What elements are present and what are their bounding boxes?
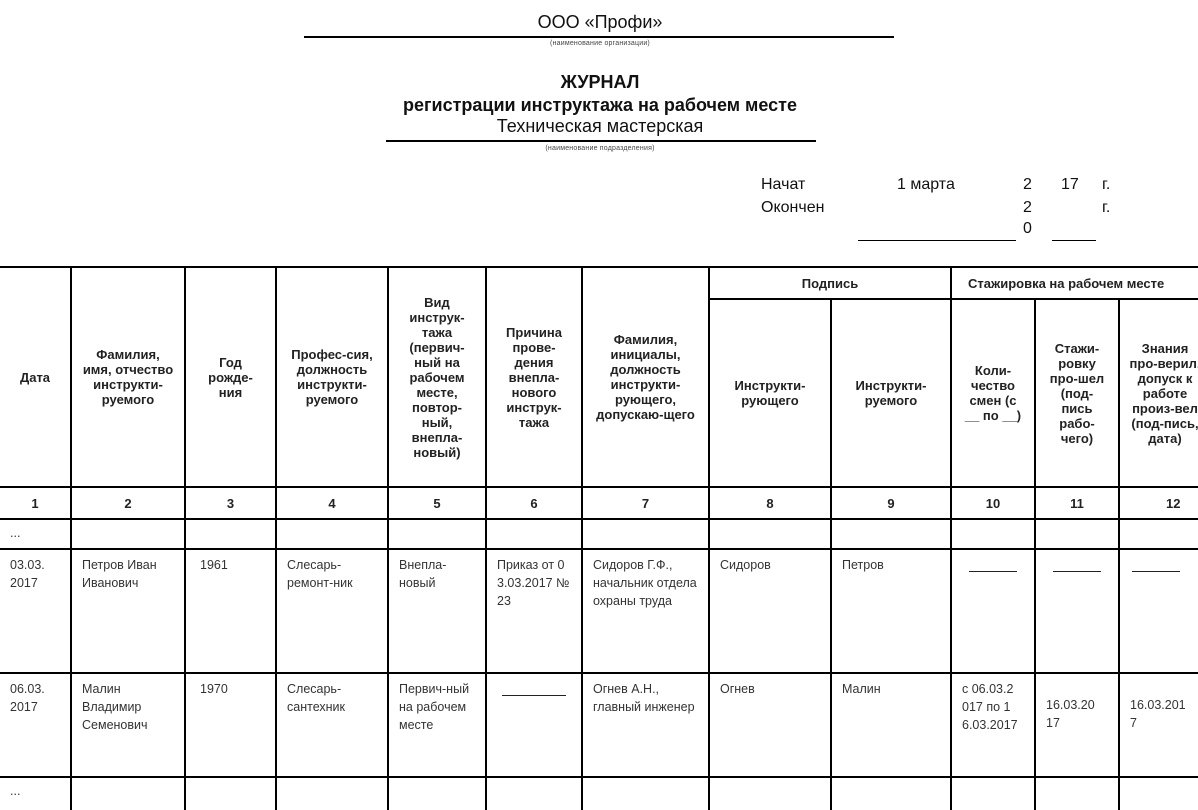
organization-caption: (наименование организации): [300, 40, 900, 47]
cell-profession: Слесарь-ремонт-ник: [276, 549, 388, 673]
col-header-instruction-type: Вид инструк-тажа (первич-ный на рабочем …: [388, 267, 486, 487]
organization-name: ООО «Профи»: [300, 12, 900, 33]
started-label: Начат: [761, 176, 805, 194]
cell-birth-year: 1970: [185, 673, 276, 777]
col-header-knowledge-checked: Знания про-верил, допуск к работе произ-…: [1119, 299, 1198, 487]
col-header-reason: Причина прове-дения внепла-нового инстру…: [486, 267, 582, 487]
col-number: 2: [71, 487, 185, 519]
cell-reason: Приказ от 03.03.2017 № 23: [486, 549, 582, 673]
ellipsis-cell: ...: [0, 777, 71, 810]
col-number: 10: [951, 487, 1035, 519]
ended-date-blank-line: [858, 240, 1016, 241]
col-number: 12: [1119, 487, 1198, 519]
col-header-full-name: Фамилия, имя, отчество инструкти-руемого: [71, 267, 185, 487]
col-number: 11: [1035, 487, 1119, 519]
cell-sign-instructor: Сидоров: [709, 549, 831, 673]
year-digit: 0: [1023, 220, 1032, 238]
col-number: 3: [185, 487, 276, 519]
started-date: 1 марта: [897, 176, 955, 194]
cell-date: 06.03. 2017: [0, 673, 71, 777]
table-row: 03.03. 2017 Петров Иван Иванович 1961 Сл…: [0, 549, 1198, 673]
col-header-profession: Профес-сия, должность инструкти-руемого: [276, 267, 388, 487]
journal-subtitle: регистрации инструктажа на рабочем месте: [300, 95, 900, 116]
col-number: 1: [0, 487, 71, 519]
col-header-date: Дата: [0, 267, 71, 487]
journal-title: ЖУРНАЛ: [300, 72, 900, 93]
cell-full-name: Петров Иван Иванович: [71, 549, 185, 673]
table-row-ellipsis: ...: [0, 777, 1198, 810]
cell-shifts-blank: [951, 549, 1035, 673]
col-number: 9: [831, 487, 951, 519]
cell-knowledge-checked-blank: [1119, 549, 1198, 673]
ellipsis-cell: ...: [0, 519, 71, 549]
cell-sign-instructed: Малин: [831, 673, 951, 777]
journal-table: Дата Фамилия, имя, отчество инструкти-ру…: [0, 266, 1198, 810]
cell-internship-passed: 16.03.2017: [1035, 673, 1119, 777]
col-header-sign-instructor: Инструкти-рующего: [709, 299, 831, 487]
ended-label: Окончен: [761, 199, 824, 217]
col-header-shifts: Коли-чество смен (с __ по __): [951, 299, 1035, 487]
table-row-ellipsis: ...: [0, 519, 1198, 549]
group-header-signature: Подпись: [709, 267, 951, 299]
department-underline: [386, 140, 816, 142]
table-row: 06.03. 2017 Малин Владимир Семенович 197…: [0, 673, 1198, 777]
col-header-sign-instructed: Инструкти-руемого: [831, 299, 951, 487]
cell-birth-year: 1961: [185, 549, 276, 673]
started-year-prefix: 2: [1023, 176, 1032, 194]
ended-year-blank-line: [1052, 240, 1096, 241]
col-header-internship-passed: Стажи-ровку про-шел (под-пись рабо-чего): [1035, 299, 1119, 487]
cell-instruction-type: Внепла-новый: [388, 549, 486, 673]
col-number: 4: [276, 487, 388, 519]
started-year-suffix: 17: [1061, 176, 1079, 194]
ended-year-prefix: 2: [1023, 199, 1032, 217]
col-number: 6: [486, 487, 582, 519]
cell-instructor: Сидоров Г.Ф., начальник отдела охраны тр…: [582, 549, 709, 673]
cell-sign-instructor: Огнев: [709, 673, 831, 777]
col-number: 8: [709, 487, 831, 519]
col-header-birth-year: Год рожде-ния: [185, 267, 276, 487]
ended-year-abbrev: г.: [1102, 199, 1110, 217]
col-number: 7: [582, 487, 709, 519]
started-year-abbrev: г.: [1102, 176, 1110, 194]
col-header-instructor: Фамилия, инициалы, должность инструкти-р…: [582, 267, 709, 487]
cell-internship-passed-blank: [1035, 549, 1119, 673]
cell-date: 03.03. 2017: [0, 549, 71, 673]
cell-shifts: с 06.03.2017 по 16.03.2017: [951, 673, 1035, 777]
cell-instruction-type: Первич-ный на рабочем месте: [388, 673, 486, 777]
col-number: 5: [388, 487, 486, 519]
organization-underline: [304, 36, 894, 38]
cell-reason-blank: [486, 673, 582, 777]
cell-instructor: Огнев А.Н., главный инженер: [582, 673, 709, 777]
cell-profession: Слесарь-сантехник: [276, 673, 388, 777]
cell-knowledge-checked: 16.03.2017: [1119, 673, 1198, 777]
group-header-internship: Стажировка на рабочем месте: [951, 267, 1198, 299]
department-caption: (наименование подразделения): [300, 145, 900, 152]
cell-sign-instructed: Петров: [831, 549, 951, 673]
cell-full-name: Малин Владимир Семенович: [71, 673, 185, 777]
department-name: Техническая мастерская: [300, 116, 900, 137]
